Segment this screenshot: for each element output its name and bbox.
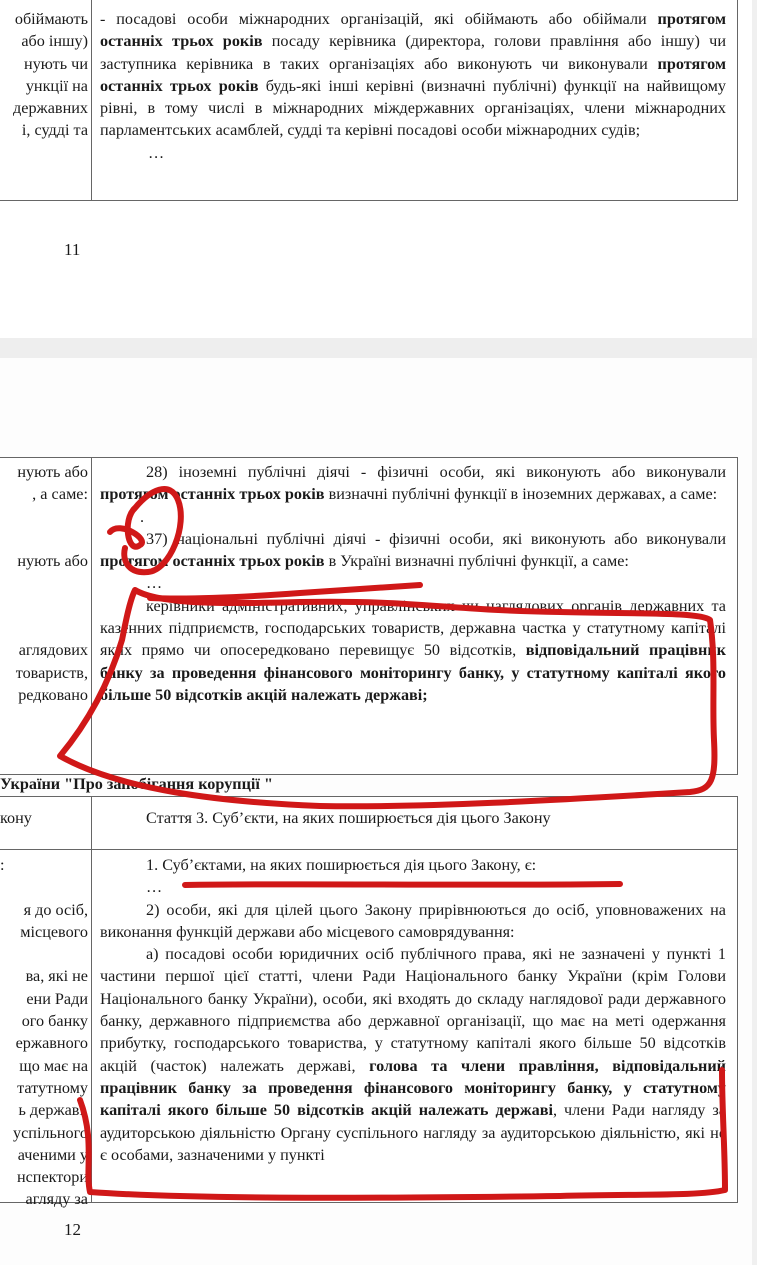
left-column-text: обіймають або іншу) нують чи ункції на д… xyxy=(0,8,88,142)
right-column-text: 28) іноземні публічні діячі - фізичні ос… xyxy=(100,461,726,706)
page-separator xyxy=(0,338,757,358)
clause-2a: а) посадові особи юридичних осіб публічн… xyxy=(100,943,726,1166)
item-37: 37) національні публічні діячі - фізичні… xyxy=(100,528,726,573)
ellipsis: … xyxy=(100,142,726,164)
law-title-header: України "Про запобігання корупції " xyxy=(0,772,737,797)
left-article-fragment: кону xyxy=(0,807,88,829)
state-enterprise-managers-paragraph: керівники адміністративних, управлінськи… xyxy=(100,595,726,706)
document-page-11: обіймають або іншу) нують чи ункції на д… xyxy=(0,0,752,338)
item-28: 28) іноземні публічні діячі - фізичні ос… xyxy=(100,461,726,506)
clause-2: 2) особи, які для цілей цього Закону при… xyxy=(100,899,726,944)
international-officials-paragraph: - посадові особи міжнародних організацій… xyxy=(100,8,726,164)
document-page-12: нують або , а саме: нують або аглядових … xyxy=(0,358,752,1265)
article-3-text: 1. Суб’єктами, на яких поширюється дія ц… xyxy=(100,854,726,1200)
left-column-text: нують або , а саме: нують або аглядових … xyxy=(0,461,88,706)
clause-1: 1. Суб’єктами, на яких поширюється дія ц… xyxy=(100,854,726,876)
article-title: Стаття 3. Суб’єкти, на яких поширюється … xyxy=(146,807,726,829)
viewer-scroll-edge xyxy=(752,0,757,1265)
left-column-text: : я до осіб, місцевого ва, які не ени Ра… xyxy=(0,854,88,1211)
page-number: 11 xyxy=(64,240,80,260)
page-number: 12 xyxy=(64,1220,81,1240)
